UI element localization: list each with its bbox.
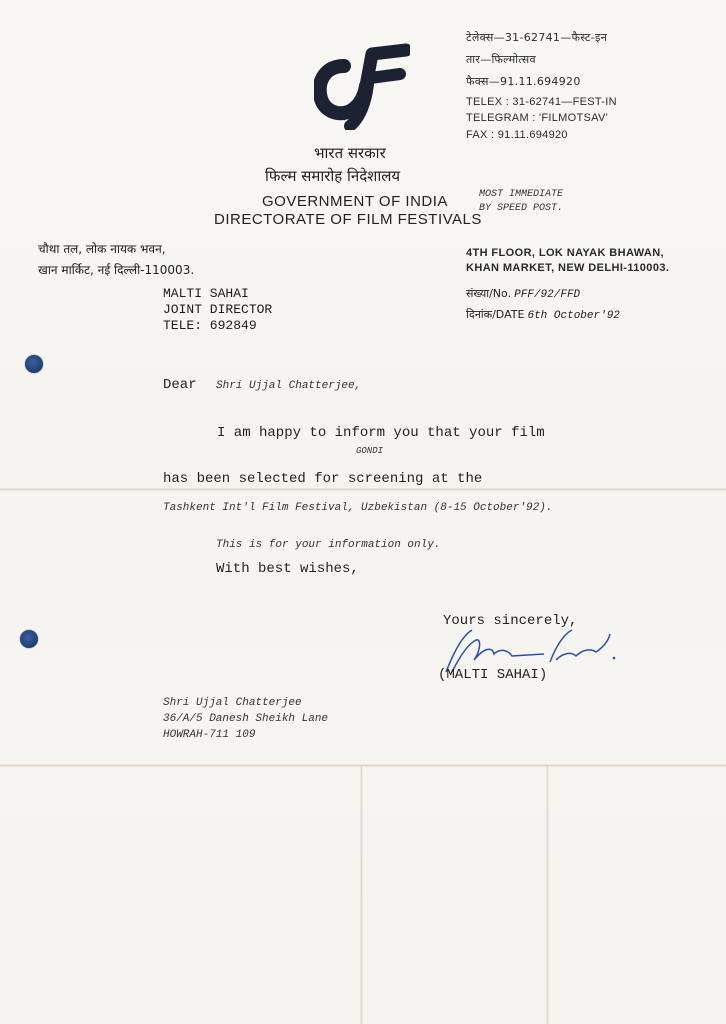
- fold-crease-horizontal: [0, 764, 726, 767]
- contact-telex-hindi: टेलेक्स—31-62741—फैस्ट-इन: [466, 30, 607, 45]
- date-value: 6th October'92: [527, 310, 619, 322]
- address-hindi-line-2: खान मार्किट, नई दिल्ली-110003.: [38, 261, 194, 278]
- date-label: दिनांक/DATE: [466, 308, 524, 321]
- priority-speed-post: BY SPEED POST.: [479, 203, 563, 214]
- hindi-title-government: भारत सरकार: [314, 143, 386, 163]
- salutation: Dear: [163, 377, 197, 393]
- body-line-2: has been selected for screening at the: [163, 471, 482, 487]
- letter-page: टेलेक्स—31-62741—फैस्ट-इन तार—फिल्मोत्सव…: [0, 0, 726, 1024]
- contact-telegram-hindi: तार—फिल्मोत्सव: [466, 52, 536, 67]
- letter-date: दिनांक/DATE 6th October'92: [466, 307, 620, 322]
- reference-number-value: PFF/92/FFD: [514, 289, 580, 301]
- sender-telephone: TELE: 692849: [163, 318, 257, 333]
- recipient-address-line-2: 36/A/5 Danesh Sheikh Lane: [163, 713, 328, 725]
- sender-title: JOINT DIRECTOR: [163, 302, 272, 317]
- best-wishes: With best wishes,: [216, 561, 359, 577]
- reference-number: संख्या/No. PFF/92/FFD: [466, 286, 580, 301]
- address-english-line-2: KHAN MARKET, NEW DELHI-110003.: [466, 262, 669, 274]
- recipient-address-line-3: HOWRAH-711 109: [163, 729, 255, 741]
- address-hindi-line-1: चौथा तल, लोक नायक भवन,: [38, 240, 166, 257]
- fold-crease-vertical: [546, 766, 549, 1024]
- title-directorate: DIRECTORATE OF FILM FESTIVALS: [214, 211, 482, 228]
- sender-name: MALTI SAHAI: [163, 286, 249, 301]
- contact-fax: FAX : 91.11.694920: [466, 129, 568, 141]
- dff-logo-icon: [314, 40, 410, 130]
- title-government-of-india: GOVERNMENT OF INDIA: [262, 193, 448, 210]
- hindi-title-directorate: फिल्म समारोह निदेशालय: [265, 166, 400, 186]
- punch-hole: [20, 630, 38, 648]
- information-note: This is for your information only.: [216, 539, 440, 551]
- contact-telex: TELEX : 31-62741—FEST-IN: [466, 96, 617, 108]
- priority-most-immediate: MOST IMMEDIATE: [479, 189, 563, 200]
- contact-telegram: TELEGRAM : 'FILMOTSAV': [466, 112, 608, 124]
- fold-crease-vertical: [360, 766, 363, 1024]
- fold-crease-horizontal: [0, 488, 726, 491]
- recipient-address-line-1: Shri Ujjal Chatterjee: [163, 697, 302, 709]
- reference-number-label: संख्या/No.: [466, 287, 511, 300]
- festival-name: Tashkent Int'l Film Festival, Uzbekistan…: [163, 502, 552, 514]
- address-english-line-1: 4TH FLOOR, LOK NAYAK BHAWAN,: [466, 247, 664, 259]
- body-line-1: I am happy to inform you that your film: [217, 425, 545, 441]
- film-title: GONDI: [356, 446, 383, 456]
- recipient-salutation: Shri Ujjal Chatterjee,: [216, 380, 361, 392]
- contact-fax-hindi: फैक्स—91.11.694920: [466, 74, 581, 89]
- punch-hole: [25, 355, 43, 373]
- signatory-name: (MALTI SAHAI): [438, 667, 547, 683]
